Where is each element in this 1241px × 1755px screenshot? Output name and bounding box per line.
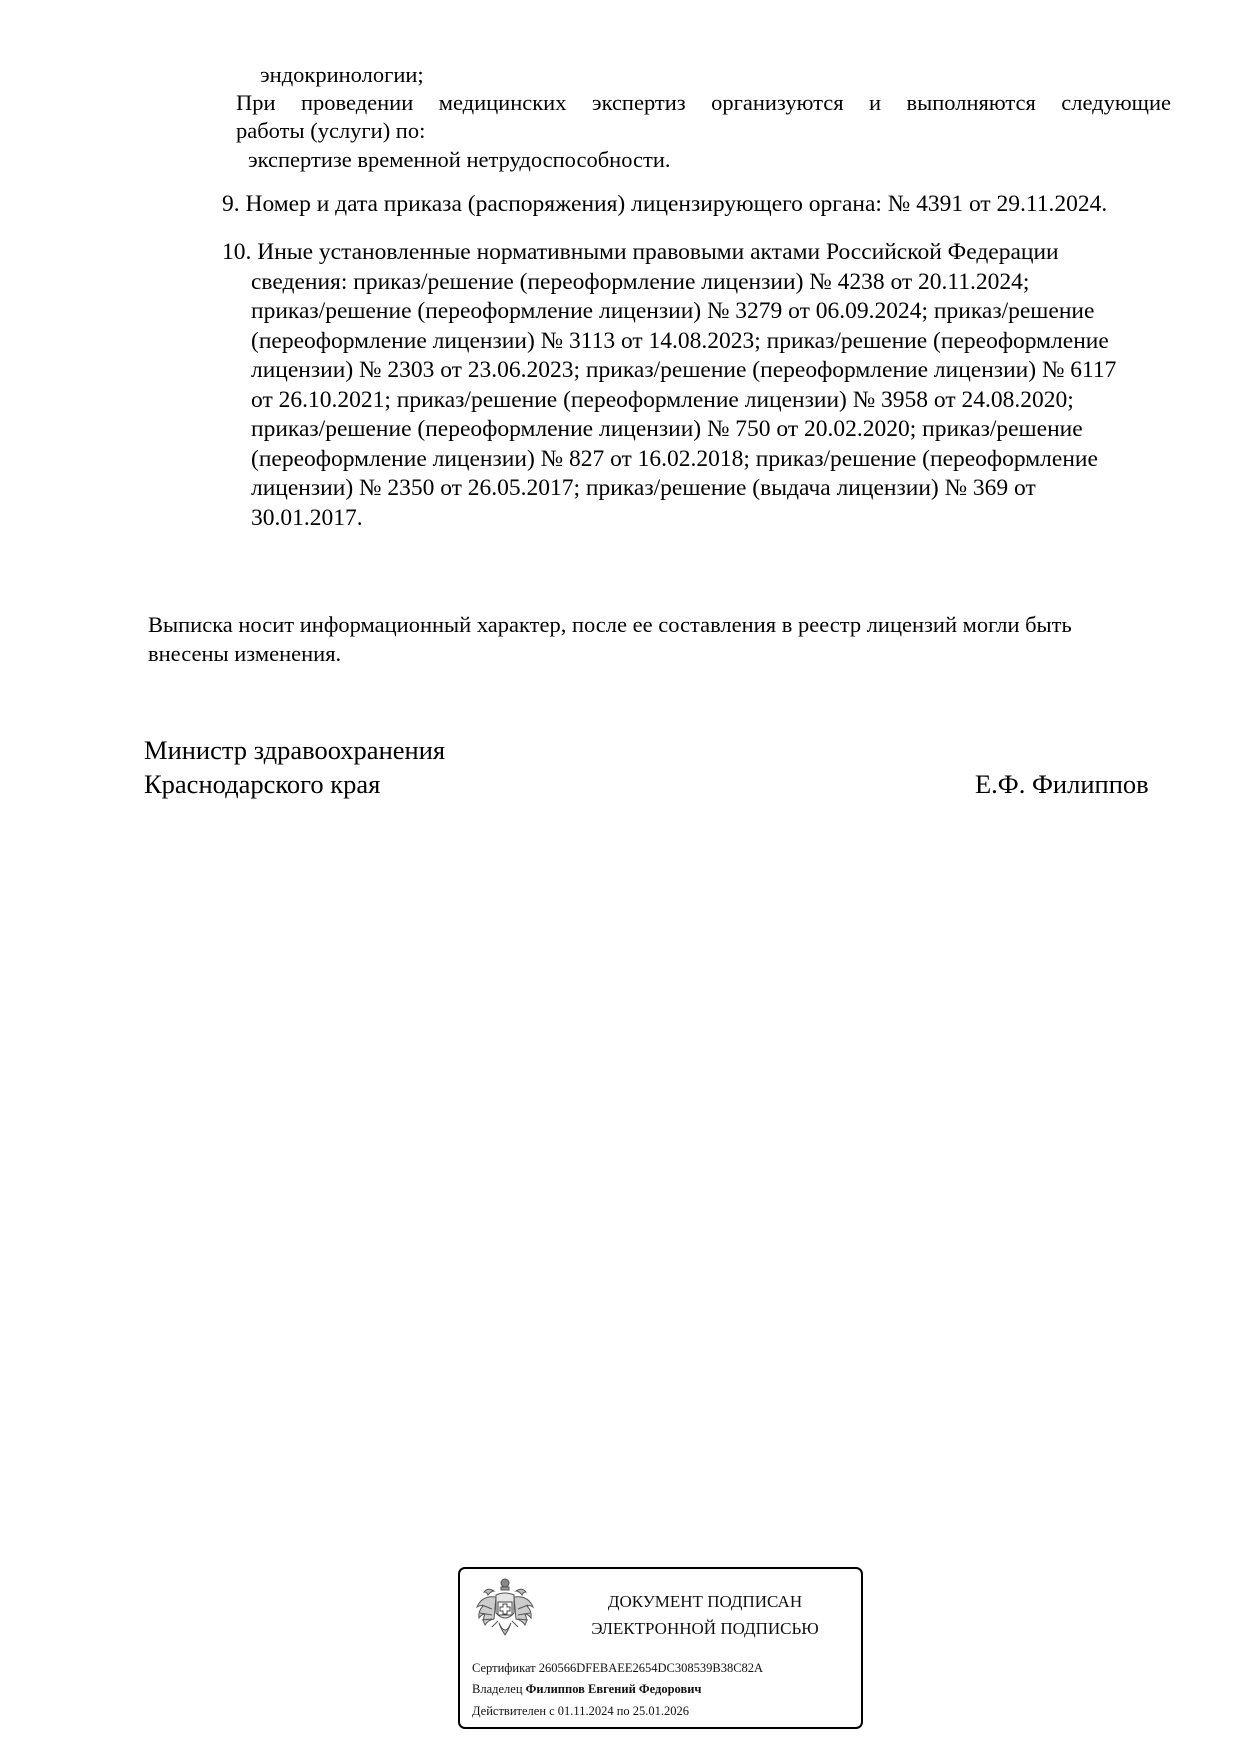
expertise-intro-line1: При проведении медицинских экспертиз орг… <box>236 92 1171 115</box>
owner-row: Владелец Филиппов Евгений Федорович <box>472 1683 701 1696</box>
owner-value: Филиппов Евгений Федорович <box>526 1682 702 1696</box>
item-10-line: (переоформление лицензии) № 3113 от 14.0… <box>251 330 1109 354</box>
stamp-title-line2: ЭЛЕКТРОННОЙ ПОДПИСЬЮ <box>570 1620 840 1637</box>
item-10-line: 30.01.2017. <box>251 507 363 531</box>
item-10-line: 10. Иные установленные нормативными прав… <box>222 241 1059 265</box>
e-signature-stamp: ДОКУМЕНТ ПОДПИСАН ЭЛЕКТРОННОЙ ПОДПИСЬЮ С… <box>458 1567 863 1729</box>
item-10-line: от 26.10.2021; приказ/решение (переоформ… <box>251 389 1074 413</box>
item-10-line: лицензии) № 2303 от 23.06.2023; приказ/р… <box>251 359 1116 383</box>
item-10-line: (переоформление лицензии) № 827 от 16.02… <box>251 448 1098 472</box>
item-10-line: лицензии) № 2350 от 26.05.2017; приказ/р… <box>251 477 1036 501</box>
signatory-position-line2: Краснодарского края <box>144 771 380 798</box>
item-10-line: приказ/решение (переоформление лицензии)… <box>251 418 1083 442</box>
certificate-label: Сертификат <box>472 1661 536 1675</box>
certificate-value: 260566DFEBAEE2654DC308539B38C82A <box>539 1661 763 1675</box>
double-headed-eagle-emblem-icon <box>474 1575 536 1645</box>
expertise-item: экспертизе временной нетрудоспособности. <box>248 149 671 172</box>
item-10-line: приказ/решение (переоформление лицензии)… <box>251 300 1094 324</box>
expertise-intro-line2: работы (услуги) по: <box>236 120 425 143</box>
owner-label: Владелец <box>472 1682 523 1696</box>
stamp-title-line1: ДОКУМЕНТ ПОДПИСАН <box>570 1593 840 1610</box>
validity-row: Действителен с 01.11.2024 по 25.01.2026 <box>472 1705 689 1718</box>
disclaimer-line2: внесены изменения. <box>148 643 341 666</box>
signatory-name: Е.Ф. Филиппов <box>975 771 1149 798</box>
disclaimer-line1: Выписка носит информационный характер, п… <box>148 614 1072 637</box>
item-tail-text: эндокринологии; <box>260 64 424 87</box>
certificate-row: Сертификат 260566DFEBAEE2654DC308539B38C… <box>472 1662 763 1675</box>
item-9-order-number: 9. Номер и дата приказа (распоряжения) л… <box>222 193 1107 217</box>
item-10-line: сведения: приказ/решение (переоформление… <box>251 271 1029 295</box>
signatory-position-line1: Министр здравоохранения <box>144 737 445 764</box>
